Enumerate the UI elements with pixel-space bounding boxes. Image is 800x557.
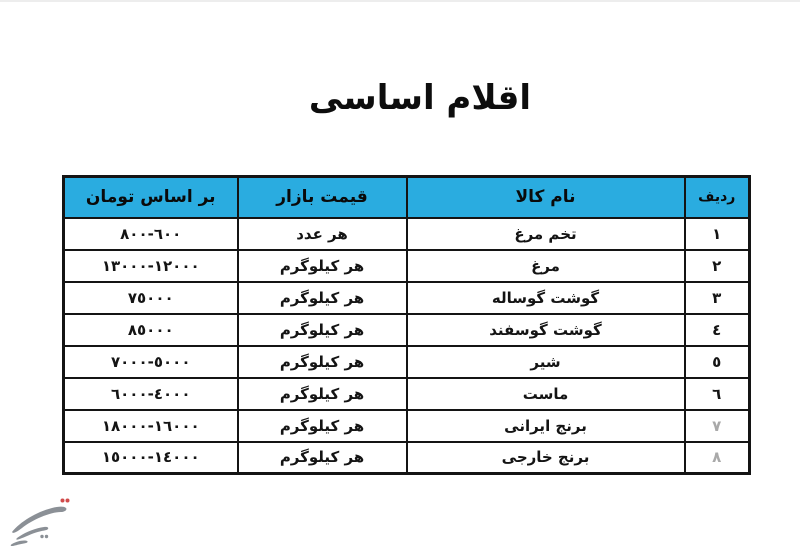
col-header-row-number: ردیف bbox=[685, 177, 750, 218]
row-number-cell: ٤ bbox=[685, 314, 750, 346]
row-number-cell: ١ bbox=[685, 218, 750, 250]
table-row: ٥ شیر هر کیلوگرم ٥٠٠٠-٧٠٠٠ bbox=[64, 346, 750, 378]
row-number-cell: ٧ bbox=[685, 410, 750, 442]
table-row: ٢ مرغ هر کیلوگرم ١٢٠٠٠-١٣٠٠٠ bbox=[64, 250, 750, 282]
item-name-cell: گوشت گوساله bbox=[407, 282, 685, 314]
row-number-cell: ٢ bbox=[685, 250, 750, 282]
price-cell: ٤٠٠٠-٦٠٠٠ bbox=[64, 378, 238, 410]
price-cell: ١٦٠٠٠-١٨٠٠٠ bbox=[64, 410, 238, 442]
unit-cell: هر کیلوگرم bbox=[238, 410, 407, 442]
price-cell: ٧٥٠٠٠ bbox=[64, 282, 238, 314]
page: اقلام اساسی ردیف نام کالا قیمت بازار بر … bbox=[0, 0, 800, 557]
item-name-cell: تخم مرغ bbox=[407, 218, 685, 250]
col-header-item-name: نام کالا bbox=[407, 177, 685, 218]
table-row: ٦ ماست هر کیلوگرم ٤٠٠٠-٦٠٠٠ bbox=[64, 378, 750, 410]
table-row: ٧ برنج ایرانی هر کیلوگرم ١٦٠٠٠-١٨٠٠٠ bbox=[64, 410, 750, 442]
item-name-cell: گوشت گوسفند bbox=[407, 314, 685, 346]
unit-cell: هر کیلوگرم bbox=[238, 378, 407, 410]
prices-table: ردیف نام کالا قیمت بازار بر اساس تومان ١… bbox=[62, 175, 748, 475]
unit-cell: هر کیلوگرم bbox=[238, 442, 407, 474]
item-name-cell: شیر bbox=[407, 346, 685, 378]
item-name-cell: مرغ bbox=[407, 250, 685, 282]
table-row: ٤ گوشت گوسفند هر کیلوگرم ٨٥٠٠٠ bbox=[64, 314, 750, 346]
price-cell: ٨٥٠٠٠ bbox=[64, 314, 238, 346]
row-number-cell: ٣ bbox=[685, 282, 750, 314]
row-number-cell: ٥ bbox=[685, 346, 750, 378]
row-number-cell: ٦ bbox=[685, 378, 750, 410]
price-cell: ٥٠٠٠-٧٠٠٠ bbox=[64, 346, 238, 378]
table-row: ١ تخم مرغ هر عدد ٦٠٠-٨٠٠ bbox=[64, 218, 750, 250]
row-number-cell: ٨ bbox=[685, 442, 750, 474]
item-name-cell: برنج خارجی bbox=[407, 442, 685, 474]
table-header-row: ردیف نام کالا قیمت بازار بر اساس تومان bbox=[64, 177, 750, 218]
top-divider bbox=[0, 0, 800, 2]
prices-table-grid: ردیف نام کالا قیمت بازار بر اساس تومان ١… bbox=[62, 175, 751, 475]
unit-cell: هر کیلوگرم bbox=[238, 346, 407, 378]
item-name-cell: ماست bbox=[407, 378, 685, 410]
col-header-market-price: قیمت بازار bbox=[238, 177, 407, 218]
col-header-toman-price: بر اساس تومان bbox=[64, 177, 238, 218]
unit-cell: هر عدد bbox=[238, 218, 407, 250]
price-cell: ١٤٠٠٠-١٥٠٠٠ bbox=[64, 442, 238, 474]
unit-cell: هر کیلوگرم bbox=[238, 250, 407, 282]
price-cell: ٦٠٠-٨٠٠ bbox=[64, 218, 238, 250]
item-name-cell: برنج ایرانی bbox=[407, 410, 685, 442]
unit-cell: هر کیلوگرم bbox=[238, 282, 407, 314]
table-row: ٣ گوشت گوساله هر کیلوگرم ٧٥٠٠٠ bbox=[64, 282, 750, 314]
price-cell: ١٢٠٠٠-١٣٠٠٠ bbox=[64, 250, 238, 282]
page-title: اقلام اساسی bbox=[0, 78, 800, 118]
tasnim-watermark-logo-icon bbox=[6, 492, 78, 552]
unit-cell: هر کیلوگرم bbox=[238, 314, 407, 346]
table-row: ٨ برنج خارجی هر کیلوگرم ١٤٠٠٠-١٥٠٠٠ bbox=[64, 442, 750, 474]
